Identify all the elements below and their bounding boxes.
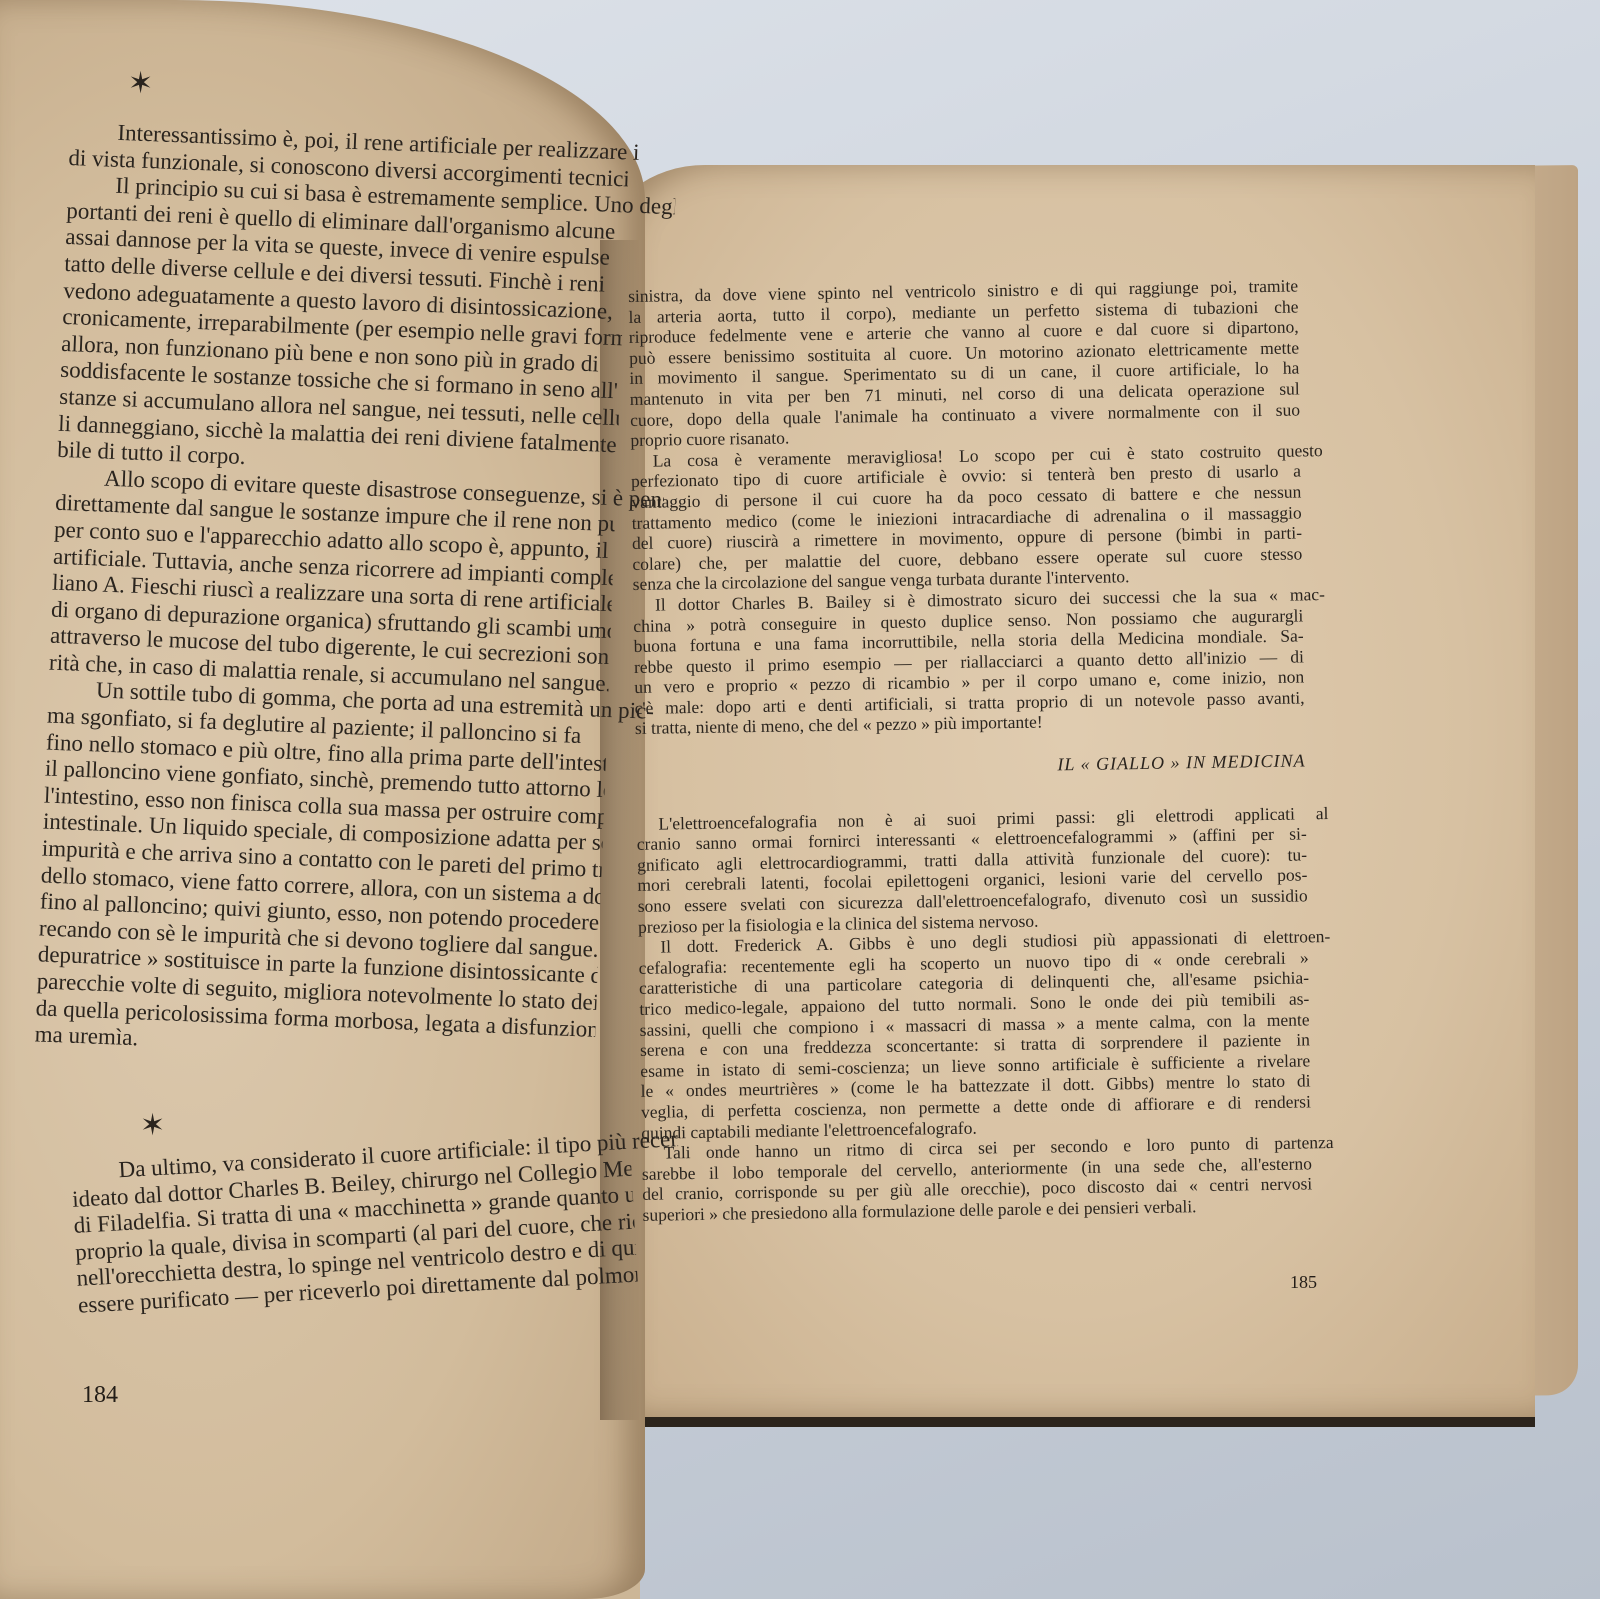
section-heading: IL « GIALLO » IN MEDICINA (635, 750, 1305, 781)
section-star-icon: ✶ (128, 66, 153, 101)
left-page-text-after-marker: Da ultimo, va considerato il cuore artif… (70, 1129, 638, 1320)
page-number-right: 185 (1290, 1272, 1317, 1293)
left-page-text: Interessantissimo è, poi, il rene artifi… (34, 118, 629, 1070)
page-number-left: 184 (82, 1382, 118, 1409)
section-star-icon: ✶ (140, 1108, 165, 1143)
right-page-text: sinistra, da dove viene spinto nel ventr… (628, 275, 1313, 1225)
